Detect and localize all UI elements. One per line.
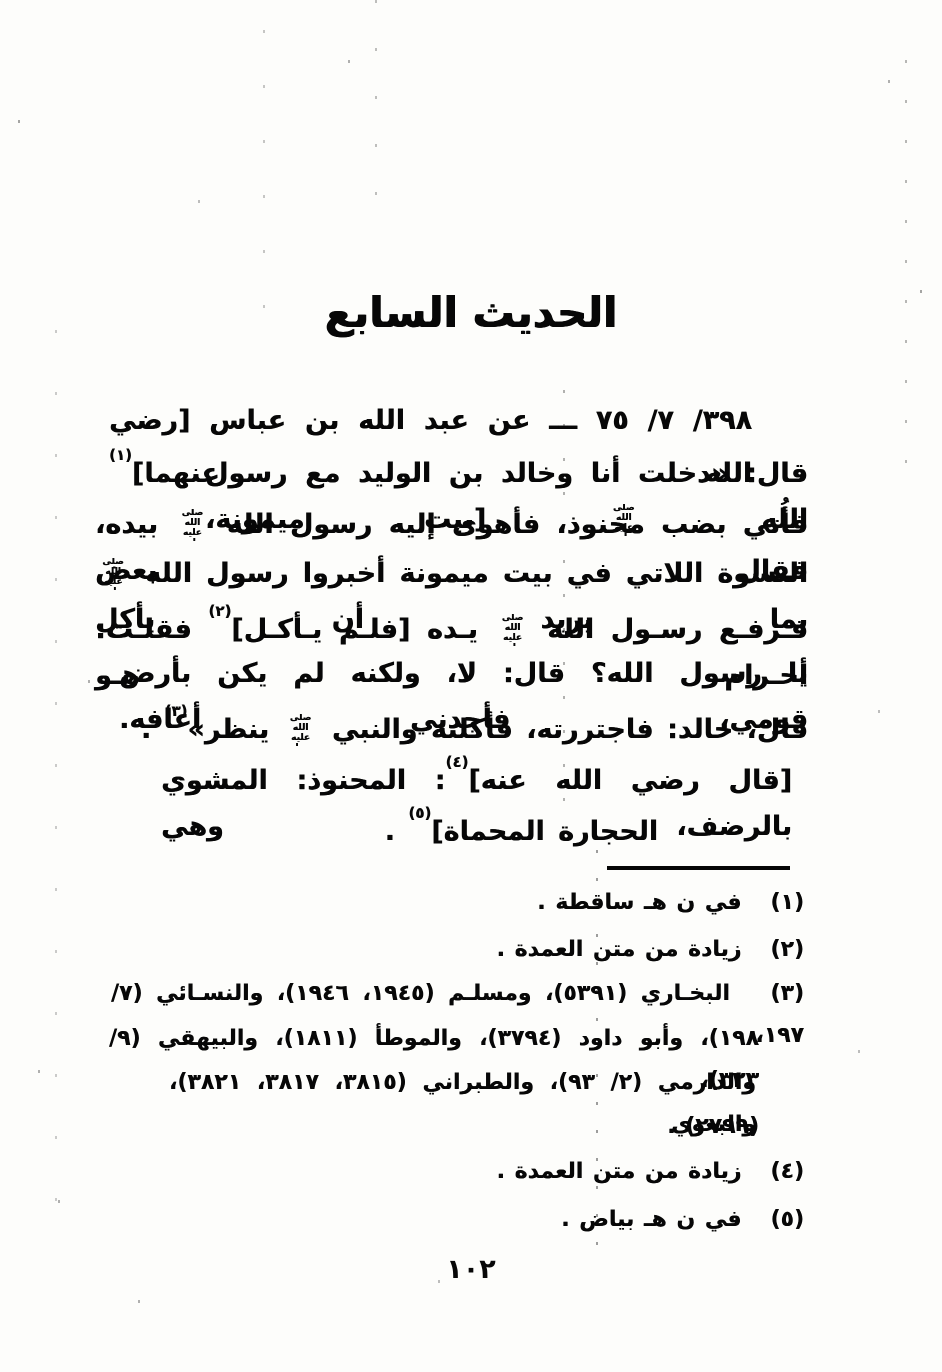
text-run: ينظر» [187,714,282,745]
text-run: [قال رضي الله عنه] [468,765,792,796]
footnote-ref: (٥) [408,804,431,822]
text-run: فأُتي بضب محنوذ، فأهوى إليه رسول الله [210,509,808,540]
body-line: الحجارة المحماة](٥) . [95,802,808,852]
scanned-book-page: { "page": { "title": "الحديث السابع", "p… [0,0,942,1372]
footnote-line: (٤) زيادة من متن العمدة . [95,1151,804,1197]
text-run: النسوة اللاتي في بيت ميمونة أخبروا رسول … [131,558,808,589]
body-line: [قال رضي الله عنه](٤): المحنوذ: المشوي ب… [95,751,808,801]
scan-edge-noise [905,60,907,480]
text-run: . [385,816,409,847]
sallallahu-alayhi-wasallam-stamp-icon: صلى الله عليه وسلم [95,558,131,590]
body-line: يا رسول الله؟ قال: لا، ولكنه لم يكن بأرض… [95,651,808,701]
body-line: ٣٩٨/ ٧/ ٧٥ ـــ عن عبد الله بن عباس [رضي … [95,398,808,448]
footnote-line: والدارمي (٢/ ٩٣)، والطبراني (٣٨١٥، ٣٨١٧،… [95,1062,804,1108]
footnote-line: (٢) زيادة من متن العمدة . [95,929,804,975]
scan-edge-noise [55,330,57,1230]
text-run: فـرفـع رسـول الله [530,614,808,645]
text-run: قال، خالد: فاجتررته، فأكلته والنبي [318,714,808,745]
body-line: فأُتي بضب محنوذ، فأهوى إليه رسول الله صل… [95,502,808,552]
footnote-separator [607,866,790,870]
text-run: الحجارة المحماة] [431,816,658,847]
text-run: . [141,714,165,745]
footnote-ref: (٤) [445,753,468,771]
body-line: النسوة اللاتي في بيت ميمونة أخبروا رسول … [95,551,808,601]
page-number: ١٠٢ [0,1254,942,1285]
sallallahu-alayhi-wasallam-stamp-icon: صلى الله عليه وسلم [174,509,210,541]
text-run: يـده [فلـم يـأكـل] [231,614,494,645]
footnote-line: (٣) البخـاري (٥٣٩١)، ومسلـم (١٩٤٥، ١٩٤٦)… [95,973,804,1019]
footnote-line: (٥) في ن هـ بياض . [95,1199,804,1245]
body-line: قال، خالد: فاجتررته، فأكلته والنبي صلى ا… [95,700,808,750]
sallallahu-alayhi-wasallam-stamp-icon: صلى الله عليه وسلم [282,714,318,746]
body-line: فـرفـع رسـول الله صلى الله عليه وسلم يـد… [95,600,808,650]
body-line: قال: «دخلت أنا وخالد بن الوليد مع رسول ا… [95,451,808,501]
sallallahu-alayhi-wasallam-stamp-icon: صلى الله عليه وسلم [494,614,530,646]
footnote-ref: (٢) [208,602,231,620]
footnote-ref: (٣) [165,702,188,720]
scan-speckles [18,120,20,123]
footnote-line: ١٩٨)، وأبو داود (٣٧٩٤)، والموطأ (١٨١١)، … [95,1018,804,1064]
footnote-line: (١) في ن هـ ساقطة . [95,882,804,928]
footnote-line: (٢٧٩٩) . [95,1106,804,1152]
